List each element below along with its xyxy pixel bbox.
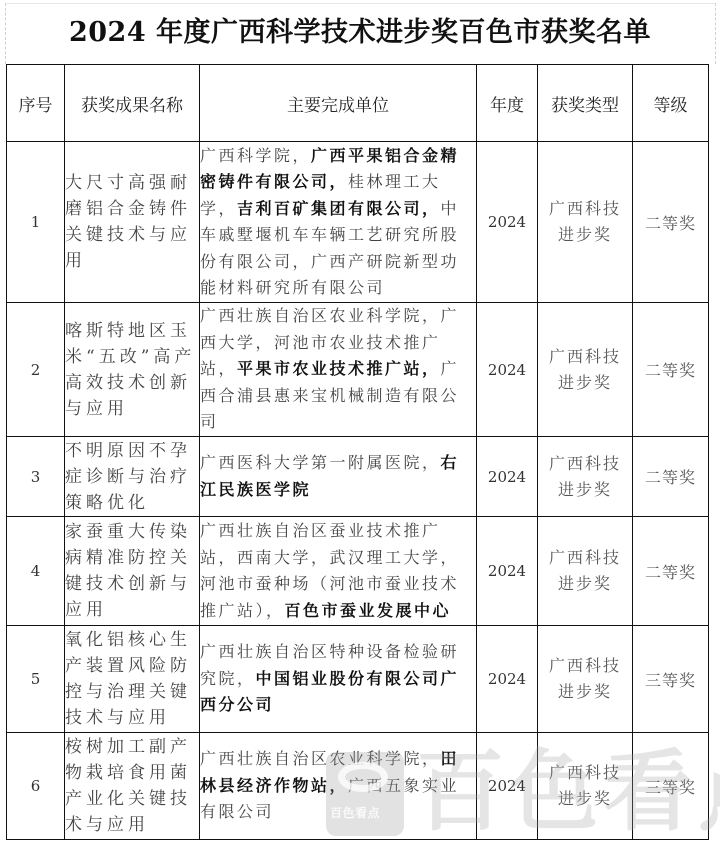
page-title: 2024 年度广西科学技术进步奖百色市获奖名单 bbox=[0, 10, 720, 49]
award-type-line: 广西科技 bbox=[538, 545, 632, 571]
cell-achievement-name: 家蚕重大传染病精准防控关键技术创新与应用 bbox=[65, 517, 200, 626]
cell-award-type: 广西科技进步奖 bbox=[538, 437, 633, 517]
awards-table: 序号 获奖成果名称 主要完成单位 年度 获奖类型 等级 1大尺寸高强耐磨铝合金铸… bbox=[6, 64, 709, 840]
unit-highlight: 平果市农业技术推广站， bbox=[237, 359, 441, 378]
cell-award-type: 广西科技进步奖 bbox=[538, 517, 633, 626]
table-row: 2喀斯特地区玉米“五改”高产高效技术创新与应用广西壮族自治区农业科学院，广西大学… bbox=[7, 303, 709, 437]
award-type-line: 广西科技 bbox=[538, 760, 632, 786]
cell-units: 广西医科大学第一附属医院，右江民族医学院 bbox=[200, 437, 477, 517]
award-type-line: 进步奖 bbox=[538, 786, 632, 812]
header-name: 获奖成果名称 bbox=[65, 65, 200, 142]
header-year: 年度 bbox=[477, 65, 538, 142]
cell-award-type: 广西科技进步奖 bbox=[538, 142, 633, 303]
cell-award-type: 广西科技进步奖 bbox=[538, 733, 633, 840]
cell-units: 广西壮族自治区农业科学院，广西大学，河池市农业技术推广站，平果市农业技术推广站，… bbox=[200, 303, 477, 437]
cell-achievement-name: 桉树加工副产物栽培食用菌产业化关键技术与应用 bbox=[65, 733, 200, 840]
unit-text: 广西壮族自治区农业科学院， bbox=[200, 749, 441, 768]
header-grade: 等级 bbox=[633, 65, 709, 142]
cell-year: 2024 bbox=[477, 303, 538, 437]
cell-units: 广西壮族自治区农业科学院，田林县经济作物站，广西五象实业有限公司 bbox=[200, 733, 477, 840]
table-row: 6桉树加工副产物栽培食用菌产业化关键技术与应用广西壮族自治区农业科学院，田林县经… bbox=[7, 733, 709, 840]
unit-text: 广西医科大学第一附属医院， bbox=[200, 453, 441, 472]
cell-achievement-name: 氧化铝核心生产装置风险防控与治理关键技术与应用 bbox=[65, 626, 200, 733]
cell-achievement-name: 喀斯特地区玉米“五改”高产高效技术创新与应用 bbox=[65, 303, 200, 437]
cell-grade: 三等奖 bbox=[633, 733, 709, 840]
cell-year: 2024 bbox=[477, 142, 538, 303]
header-num: 序号 bbox=[7, 65, 65, 142]
unit-text: 广西科学院， bbox=[200, 146, 311, 165]
award-type-line: 进步奖 bbox=[538, 477, 632, 503]
award-type-line: 进步奖 bbox=[538, 679, 632, 705]
table-row: 3不明原因不孕症诊断与治疗策略优化广西医科大学第一附属医院，右江民族医学院202… bbox=[7, 437, 709, 517]
award-type-line: 广西科技 bbox=[538, 653, 632, 679]
award-type-line: 进步奖 bbox=[538, 571, 632, 597]
cell-num: 2 bbox=[7, 303, 65, 437]
cell-grade: 三等奖 bbox=[633, 626, 709, 733]
cell-num: 6 bbox=[7, 733, 65, 840]
cell-num: 3 bbox=[7, 437, 65, 517]
award-type-line: 广西科技 bbox=[538, 451, 632, 477]
cell-achievement-name: 大尺寸高强耐磨铝合金铸件关键技术与应用 bbox=[65, 142, 200, 303]
award-type-line: 进步奖 bbox=[538, 370, 632, 396]
award-type-line: 进步奖 bbox=[538, 222, 632, 248]
cell-grade: 二等奖 bbox=[633, 437, 709, 517]
cell-award-type: 广西科技进步奖 bbox=[538, 303, 633, 437]
header-type: 获奖类型 bbox=[538, 65, 633, 142]
cell-grade: 二等奖 bbox=[633, 142, 709, 303]
cell-num: 4 bbox=[7, 517, 65, 626]
header-units: 主要完成单位 bbox=[200, 65, 477, 142]
unit-highlight: 百色市蚕业发展中心 bbox=[285, 601, 452, 620]
cell-year: 2024 bbox=[477, 733, 538, 840]
cell-year: 2024 bbox=[477, 626, 538, 733]
award-type-line: 广西科技 bbox=[538, 196, 632, 222]
cell-units: 广西科学院，广西平果铝合金精密铸件有限公司，桂林理工大学，吉利百矿集团有限公司，… bbox=[200, 142, 477, 303]
table-row: 5氧化铝核心生产装置风险防控与治理关键技术与应用广西壮族自治区特种设备检验研究院… bbox=[7, 626, 709, 733]
cell-num: 5 bbox=[7, 626, 65, 733]
cell-year: 2024 bbox=[477, 517, 538, 626]
cell-num: 1 bbox=[7, 142, 65, 303]
award-type-line: 广西科技 bbox=[538, 344, 632, 370]
cell-units: 广西壮族自治区蚕业技术推广站，西南大学，武汉理工大学，河池市蚕种场（河池市蚕业技… bbox=[200, 517, 477, 626]
table-header-row: 序号 获奖成果名称 主要完成单位 年度 获奖类型 等级 bbox=[7, 65, 709, 142]
cell-units: 广西壮族自治区特种设备检验研究院，中国铝业股份有限公司广西分公司 bbox=[200, 626, 477, 733]
unit-highlight: 吉利百矿集团有限公司， bbox=[237, 199, 441, 218]
cell-award-type: 广西科技进步奖 bbox=[538, 626, 633, 733]
cell-year: 2024 bbox=[477, 437, 538, 517]
cell-achievement-name: 不明原因不孕症诊断与治疗策略优化 bbox=[65, 437, 200, 517]
table-row: 4家蚕重大传染病精准防控关键技术创新与应用广西壮族自治区蚕业技术推广站，西南大学… bbox=[7, 517, 709, 626]
cell-grade: 二等奖 bbox=[633, 517, 709, 626]
cell-grade: 二等奖 bbox=[633, 303, 709, 437]
table-row: 1大尺寸高强耐磨铝合金铸件关键技术与应用广西科学院，广西平果铝合金精密铸件有限公… bbox=[7, 142, 709, 303]
